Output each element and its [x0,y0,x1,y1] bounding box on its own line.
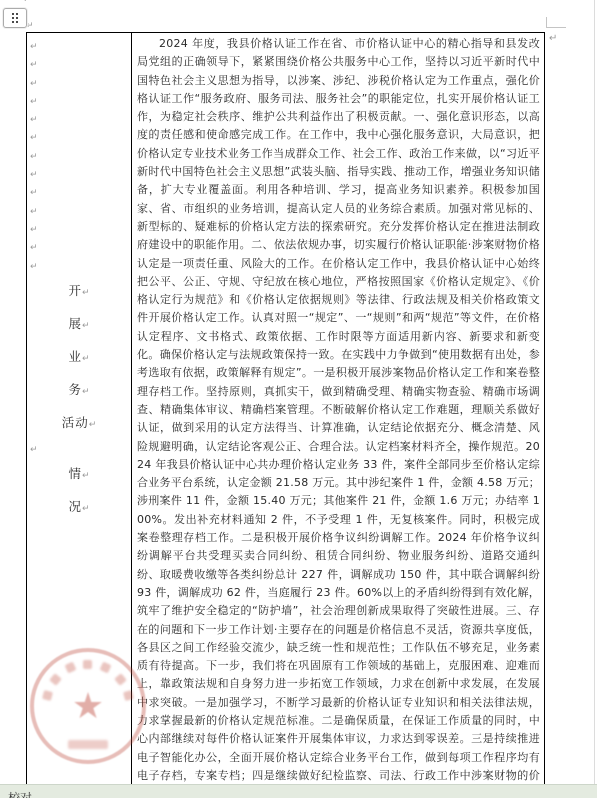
paragraph-mark-icon: ↵ [30,170,38,180]
paragraph-mark-icon: ↵ [30,225,38,235]
paragraph-mark-icon: ↵ [30,79,38,89]
paragraph-mark-icon: ↵ [30,152,38,162]
empty-paragraph-line: ↵ [27,145,131,163]
paragraph-mark-icon: ↵ [30,207,38,217]
vertical-title-char: 业↵ [27,339,131,372]
empty-paragraph-line: ↵ [27,72,131,90]
paragraph-mark-icon: ↵ [82,354,90,364]
page-right-edge [594,0,595,784]
paragraph-mark-icon: ↵ [82,321,90,331]
empty-paragraph-line: ↵ [27,218,131,236]
empty-paragraph-line: ↵ [27,53,131,71]
report-table: ↵ ↵ ↵ ↵ ↵ ↵ ↵ ↵ ↵ ↵ ↵ ↵ ↵ 开↵ 展↵ 业↵ 务↵ 活动… [26,32,545,784]
paragraph-mark-icon: ↵ [30,60,38,70]
vertical-title-char: 况↵ [27,489,131,522]
margin-corner-mark [546,27,566,28]
paragraph-mark-icon: ↵ [82,288,90,298]
vertical-title-char: 展↵ [27,306,131,339]
paragraph-mark-icon: ↵ [30,133,38,143]
paragraph-mark-icon: ↵ [30,97,38,107]
empty-paragraph-line: ↵ [27,35,131,53]
paragraph-mark-icon: ↵ [82,387,90,397]
empty-paragraph-line: ↵ [27,181,131,199]
vertical-title-char: 情↵ [27,456,131,489]
status-bar: 校对 [0,784,597,798]
empty-paragraph-line: ↵ [27,255,131,273]
paragraph-mark-icon: ↵ [30,115,38,125]
empty-paragraph-line: ↵ [27,200,131,218]
vertical-title-char: 开↵ [27,273,131,306]
proofread-status-button[interactable]: 校对 [8,789,32,798]
report-body-paragraph: 2024 年度，我县价格认证工作在省、市价格认证中心的精心指导和县发改局党组的正… [137,35,540,798]
empty-paragraph-line: ↵ [27,90,131,108]
table-cell-section-title[interactable]: ↵ ↵ ↵ ↵ ↵ ↵ ↵ ↵ ↵ ↵ ↵ ↵ ↵ 开↵ 展↵ 业↵ 务↵ 活动… [27,33,131,784]
vertical-title-char: 活动↵ [27,405,131,438]
table-move-handle[interactable] [3,8,27,28]
paragraph-mark-icon: ↵ [26,21,34,31]
paragraph-mark-icon: ↵ [82,471,90,481]
empty-paragraph-line: ↵ [27,126,131,144]
paragraph-mark-icon: ↵ [30,243,38,253]
paragraph-mark-icon: ↵ [30,445,38,455]
empty-paragraph-line: ↵ [27,163,131,181]
table-cell-report-body[interactable]: 2024 年度，我县价格认证工作在省、市价格认证中心的精心指导和县发改局党组的正… [131,33,544,784]
paragraph-mark-icon: ↵ [89,420,97,430]
empty-paragraph-line: ↵ [27,108,131,126]
paragraph-mark-icon: ↵ [23,0,31,5]
report-body-text: 2024 年度，我县价格认证工作在省、市价格认证中心的精心指导和县发改局党组的正… [137,37,540,798]
paragraph-mark-icon: ↵ [82,504,90,514]
paragraph-mark-icon: ↵ [30,188,38,198]
drag-dots-icon [12,13,18,23]
row-end-paragraph-mark-icon: ↵ [549,33,557,44]
paragraph-mark-icon: ↵ [30,42,38,52]
empty-paragraph-line: ↵ [27,438,131,456]
empty-paragraph-line: ↵ [27,236,131,254]
vertical-title-char: 务↵ [27,372,131,405]
paragraph-mark-icon: ↵ [30,262,38,272]
